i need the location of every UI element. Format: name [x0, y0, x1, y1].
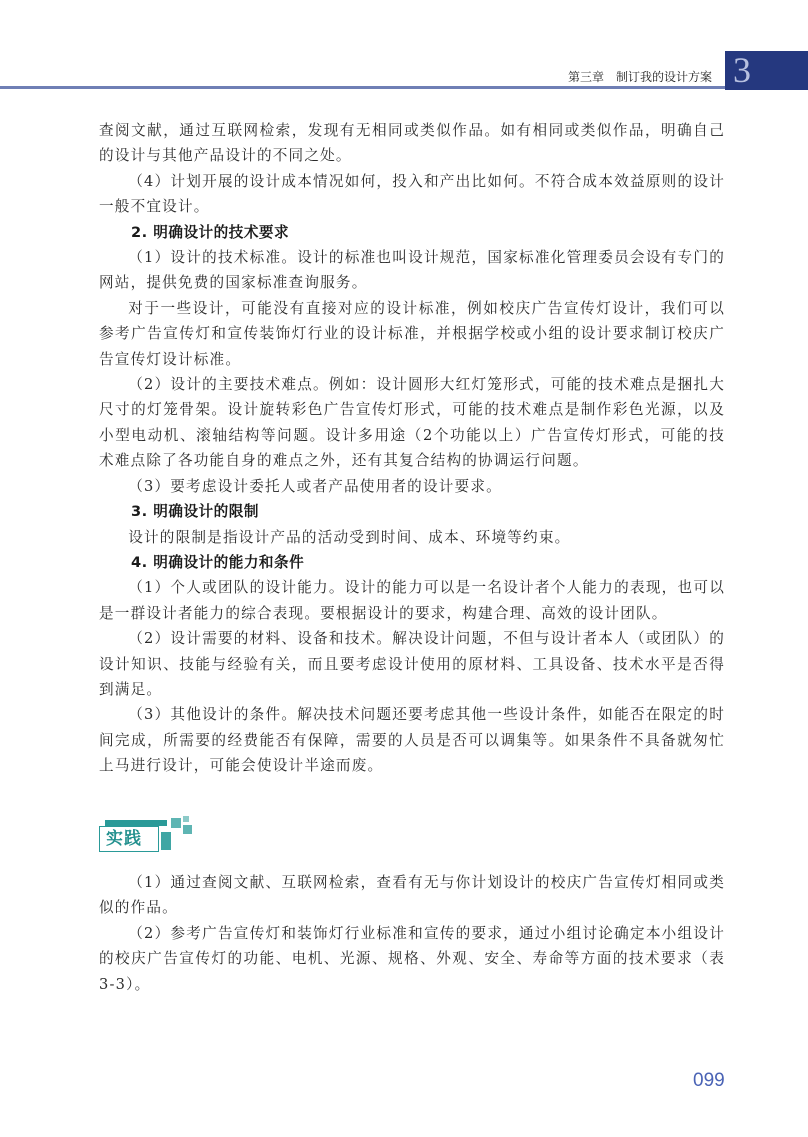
- section-heading: 4. 明确设计的能力和条件: [99, 550, 725, 575]
- practice-item: （1）通过查阅文献、互联网检索，查看有无与你计划设计的校庆广告宣传灯相同或类似的…: [99, 870, 725, 921]
- badge-square-decoration: [183, 816, 189, 822]
- badge-label-box: 实践: [99, 826, 159, 852]
- paragraph: （4）计划开展的设计成本情况如何，投入和产出比如何。不符合成本效益原则的设计一般…: [99, 169, 725, 220]
- section-heading: 2. 明确设计的技术要求: [99, 220, 725, 245]
- paragraph: （3）其他设计的条件。解决技术问题还要考虑其他一些设计条件，如能否在限定的时间完…: [99, 702, 725, 778]
- chapter-number: 3: [733, 49, 751, 91]
- practice-badge: 实践: [99, 816, 199, 856]
- paragraph: （1）设计的技术标准。设计的标准也叫设计规范，国家标准化管理委员会设有专门的网站…: [99, 245, 725, 296]
- paragraph: （3）要考虑设计委托人或者产品使用者的设计要求。: [99, 474, 725, 499]
- practice-label: 实践: [106, 827, 142, 851]
- paragraph: （2）设计的主要技术难点。例如：设计圆形大红灯笼形式，可能的技术难点是捆扎大尺寸…: [99, 372, 725, 474]
- paragraph: （1）个人或团队的设计能力。设计的能力可以是一名设计者个人能力的表现，也可以是一…: [99, 575, 725, 626]
- paragraph: （2）设计需要的材料、设备和技术。解决设计问题，不但与设计者本人（或团队）的设计…: [99, 626, 725, 702]
- header-rule: [0, 86, 726, 89]
- page-number: 099: [693, 1070, 725, 1092]
- badge-square-decoration: [171, 818, 181, 828]
- practice-item: （2）参考广告宣传灯和装饰灯行业标准和宣传的要求，通过小组讨论确定本小组设计的校…: [99, 921, 725, 997]
- paragraph: 对于一些设计，可能没有直接对应的设计标准，例如校庆广告宣传灯设计，我们可以参考广…: [99, 296, 725, 372]
- paragraph: 设计的限制是指设计产品的活动受到时间、成本、环境等约束。: [99, 525, 725, 550]
- chapter-number-badge: 3: [725, 51, 808, 90]
- badge-square-decoration: [183, 825, 192, 834]
- paragraph: 查阅文献，通过互联网检索，发现有无相同或类似作品。如有相同或类似作品，明确自己的…: [99, 118, 725, 169]
- badge-square-decoration: [161, 832, 171, 850]
- body-content: 查阅文献，通过互联网检索，发现有无相同或类似作品。如有相同或类似作品，明确自己的…: [99, 118, 725, 779]
- practice-content: （1）通过查阅文献、互联网检索，查看有无与你计划设计的校庆广告宣传灯相同或类似的…: [99, 870, 725, 997]
- section-heading: 3. 明确设计的限制: [99, 499, 725, 524]
- chapter-title: 第三章 制订我的设计方案: [568, 68, 712, 85]
